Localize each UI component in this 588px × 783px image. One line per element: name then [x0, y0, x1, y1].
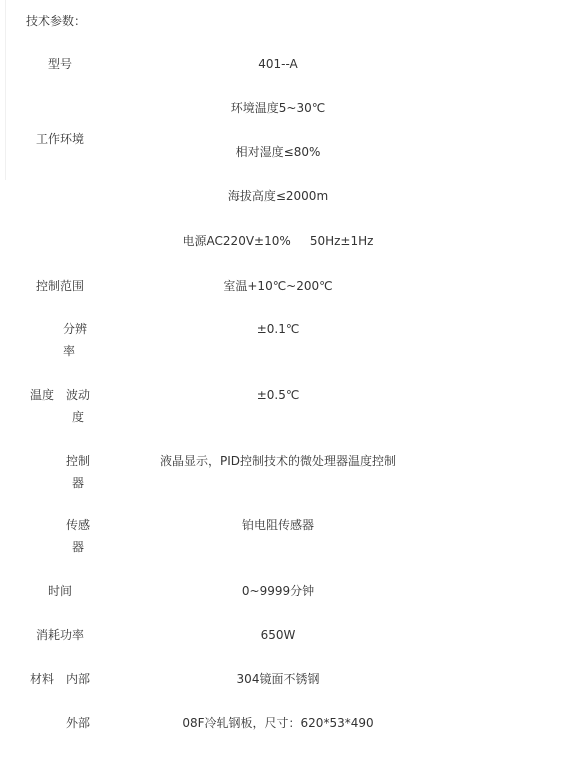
label-fluctuation-line2: 度 — [72, 406, 84, 428]
value-model: 401--A — [258, 53, 298, 75]
label-resolution-line1: 分辨 — [63, 318, 87, 340]
value-controller: 液晶显示，PID控制技术的微处理器温度控制 — [160, 450, 396, 472]
value-material-inner: 304镜面不锈钢 — [237, 668, 320, 690]
value-sensor: 铂电阻传感器 — [242, 514, 314, 536]
label-model: 型号 — [48, 53, 72, 75]
value-time: 0~9999分钟 — [242, 580, 314, 602]
value-altitude: 海拔高度≤2000m — [228, 185, 328, 207]
label-material-inner: 内部 — [66, 668, 90, 690]
value-control-range: 室温+10℃~200℃ — [223, 275, 332, 297]
label-controller-line2: 器 — [72, 472, 84, 494]
section-heading: 技术参数： — [26, 12, 86, 29]
label-sensor-line2: 器 — [72, 536, 84, 558]
label-sensor-line1: 传感 — [66, 514, 90, 536]
label-material-group: 材料 — [30, 668, 54, 690]
value-power-supply: 电源AC220V±10% 50Hz±1Hz — [183, 230, 374, 252]
label-power-consumption: 消耗功率 — [36, 624, 84, 646]
label-resolution-line2: 率 — [63, 340, 75, 362]
value-material-outer: 08F冷轧钢板，尺寸：620*53*490 — [182, 712, 373, 734]
label-controller-line1: 控制 — [66, 450, 90, 472]
value-power-consumption: 650W — [261, 624, 296, 646]
label-fluctuation-line1: 波动 — [66, 384, 90, 406]
label-time: 时间 — [48, 580, 72, 602]
value-ambient-temperature: 环境温度5~30℃ — [231, 97, 325, 119]
value-relative-humidity: 相对湿度≤80% — [236, 141, 321, 163]
label-material-outer: 外部 — [66, 712, 90, 734]
value-resolution: ±0.1℃ — [257, 318, 300, 340]
label-temperature-group: 温度 — [30, 384, 54, 406]
label-control-range: 控制范围 — [36, 275, 84, 297]
value-fluctuation: ±0.5℃ — [257, 384, 300, 406]
label-environment: 工作环境 — [36, 128, 84, 150]
page-edge-divider — [5, 0, 6, 180]
